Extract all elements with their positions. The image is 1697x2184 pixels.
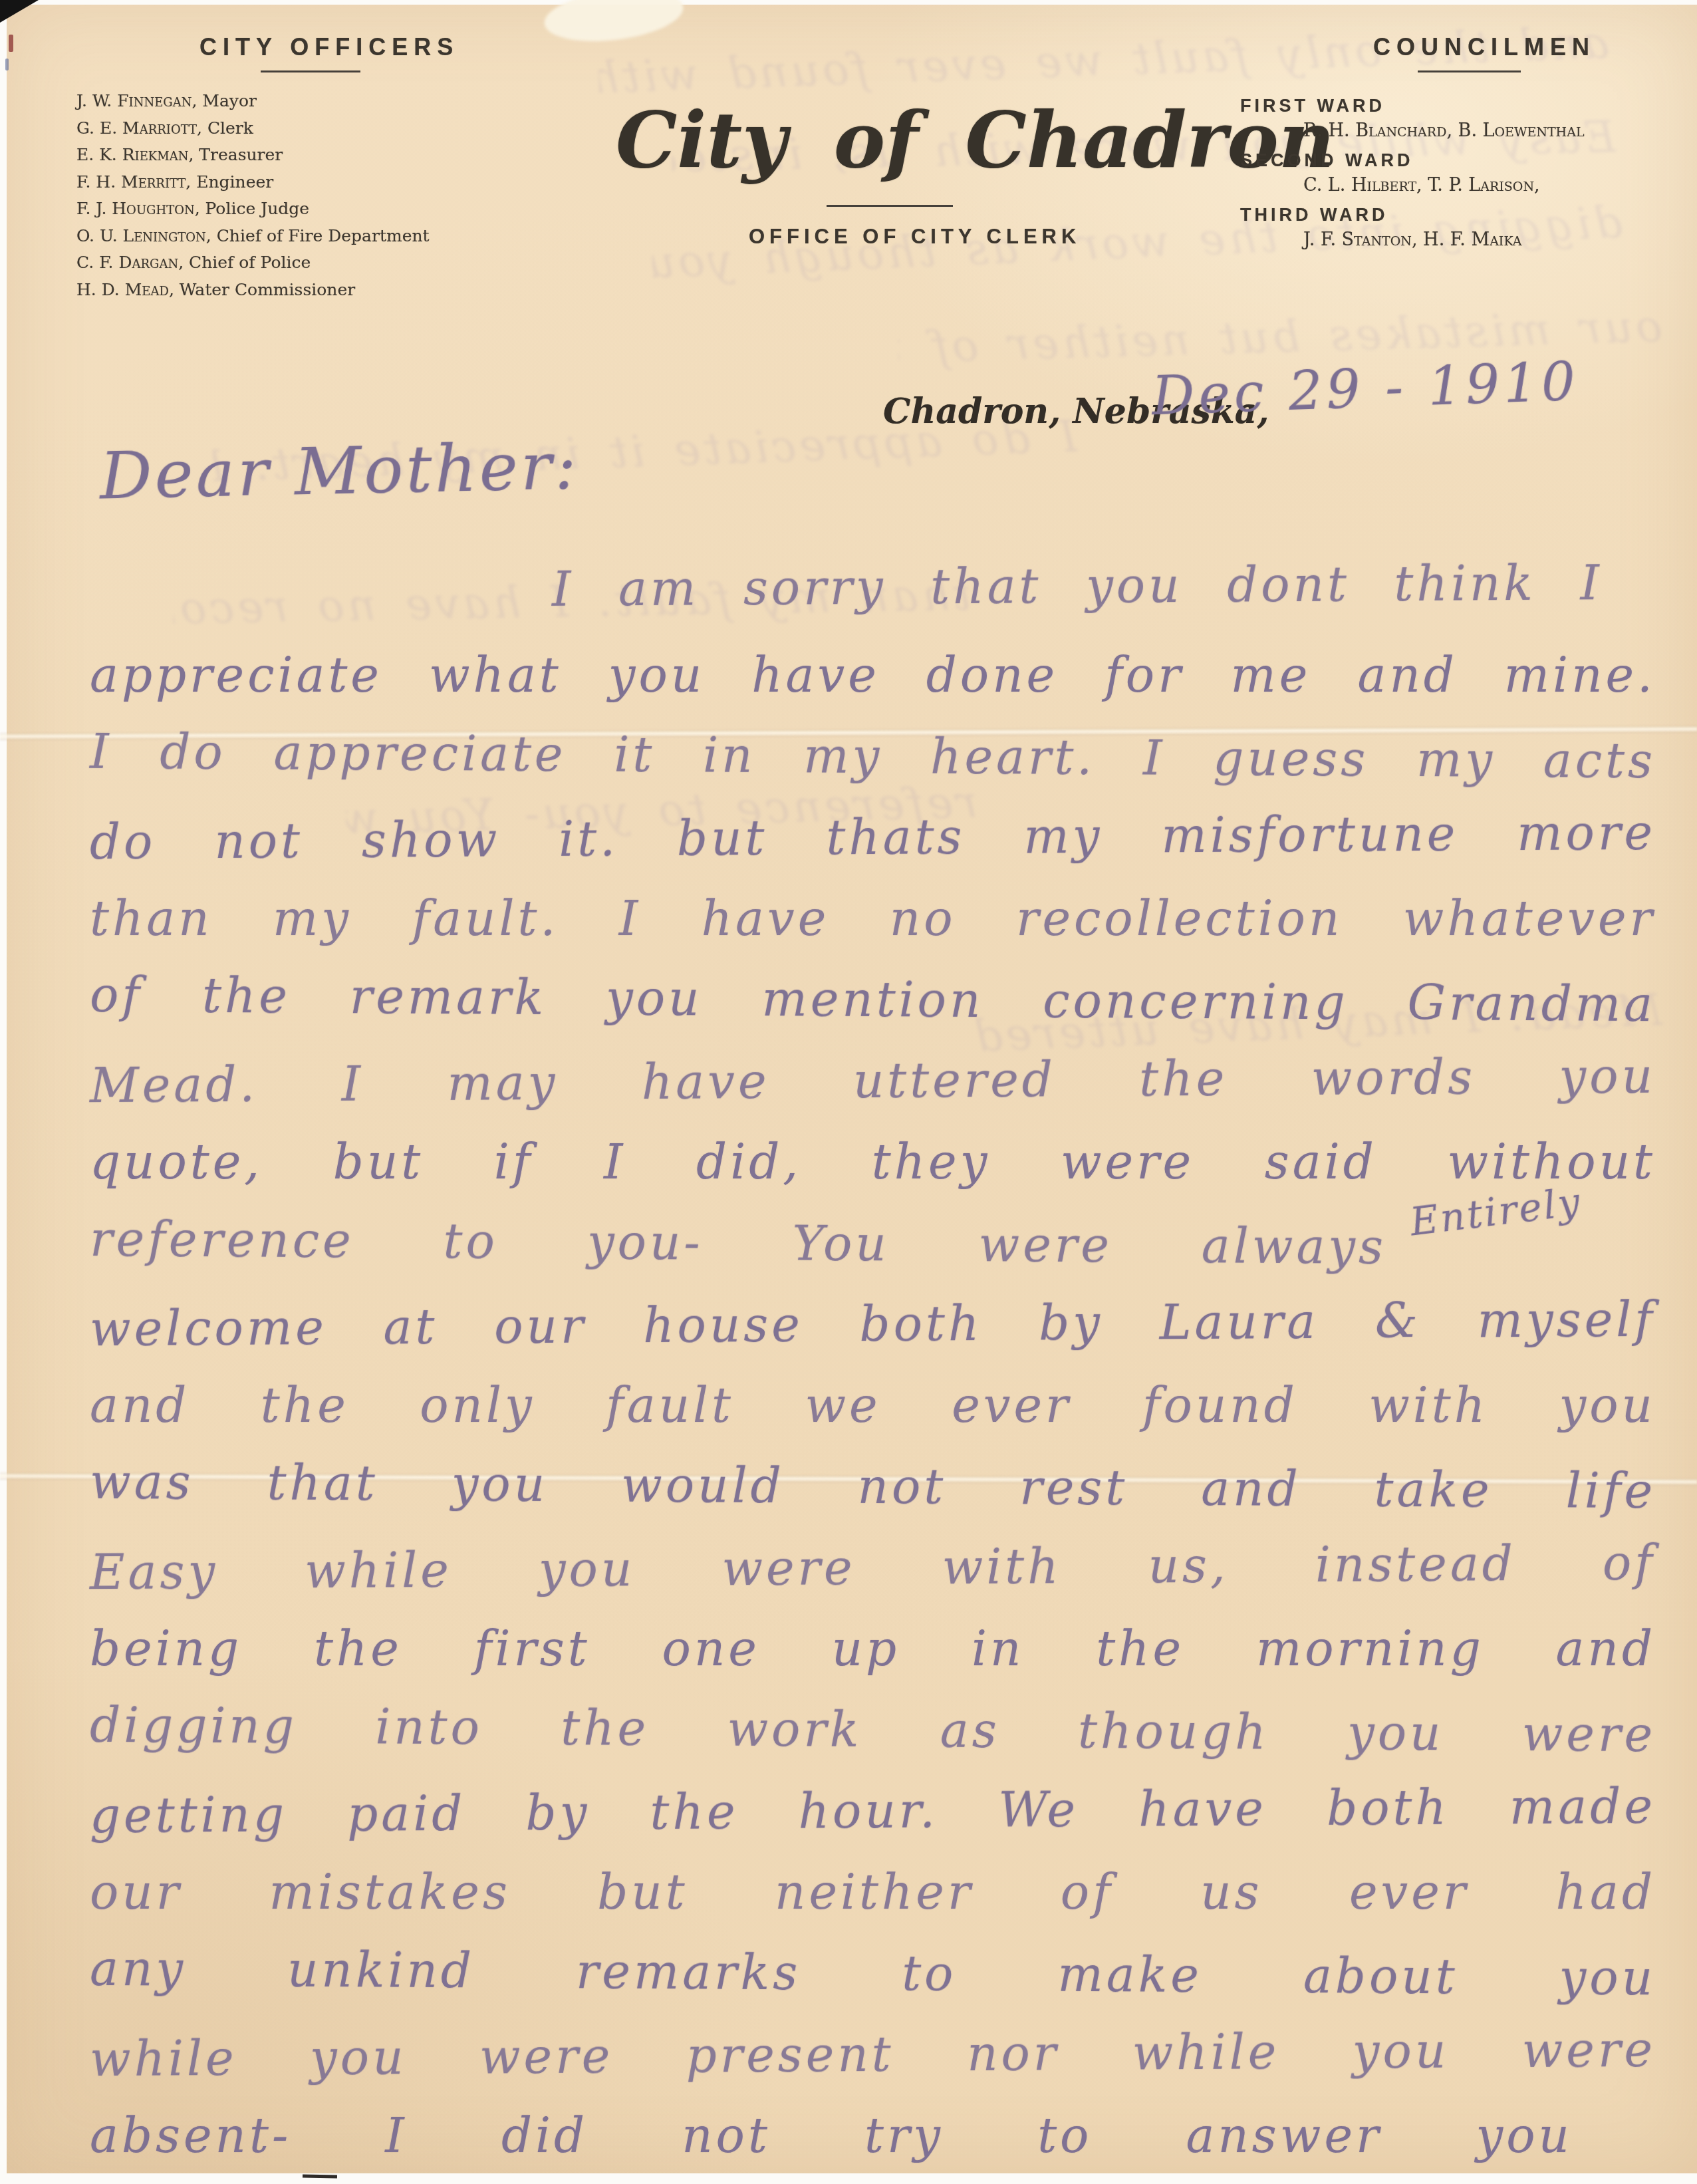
officer-role: , Treasurer bbox=[188, 145, 283, 164]
officer-entry: G. E. Marriott, Clerk bbox=[76, 115, 430, 142]
officer-name: C. F. Dargan bbox=[76, 253, 178, 272]
scanned-letter-page: { "letterhead": { "left": { "title": "CI… bbox=[0, 0, 1697, 2184]
officer-name: G. E. Marriott bbox=[76, 118, 197, 138]
handwritten-line: of the remark you mention concerning Gra… bbox=[90, 966, 1656, 1049]
edge-mark-red bbox=[9, 35, 13, 52]
officer-role: , Engineer bbox=[186, 172, 273, 192]
officer-name: F. H. Merritt bbox=[76, 172, 186, 192]
officer-name: J. W. Finnegan bbox=[76, 91, 192, 110]
handwritten-line: I do appreciate it in my heart. I guess … bbox=[90, 723, 1656, 805]
handwritten-line: being the first one up in the morning an… bbox=[90, 1620, 1656, 1693]
officer-role: , Water Commissioner bbox=[169, 280, 355, 299]
councilmen-rule bbox=[1418, 70, 1521, 72]
handwritten-line: getting paid by the hour. We have both m… bbox=[90, 1778, 1656, 1860]
handwritten-line: Mead. I may have uttered the words you bbox=[90, 1047, 1656, 1130]
scan-bottom-mark bbox=[303, 2175, 337, 2179]
officer-name: F. J. Houghton bbox=[76, 199, 195, 218]
handwritten-line: our mistakes but neither of us ever had bbox=[90, 1863, 1656, 1937]
title-rule bbox=[827, 205, 953, 207]
officer-name: H. D. Mead bbox=[76, 280, 169, 299]
letterhead-title: City of Chadron bbox=[616, 98, 1154, 184]
officer-role: , Mayor bbox=[192, 91, 257, 110]
officer-entry: F. J. Houghton, Police Judge bbox=[76, 196, 430, 223]
city-officers-rule bbox=[261, 70, 360, 72]
handwritten-line: I am sorry that you dont think I bbox=[552, 554, 1603, 634]
handwritten-line: do not show it. but thats my misfortune … bbox=[90, 804, 1656, 887]
officer-entry: O. U. Lenington, Chief of Fire Departmen… bbox=[76, 223, 430, 250]
councilmen-list: FIRST WARDR. H. Blanchard, B. Loewenthal… bbox=[1240, 86, 1679, 257]
officer-entry: E. K. Riekman, Treasurer bbox=[76, 142, 430, 169]
ward-councilmen-names: R. H. Blanchard, B. Loewenthal bbox=[1303, 120, 1679, 141]
councilmen-heading: COUNCILMEN bbox=[1373, 33, 1595, 61]
officer-entry: F. H. Merritt, Engineer bbox=[76, 169, 430, 196]
ward-councilmen-names: C. L. Hilbert, T. P. Larison, bbox=[1303, 175, 1679, 196]
city-officers-list: J. W. Finnegan, MayorG. E. Marriott, Cle… bbox=[76, 88, 430, 303]
officer-entry: J. W. Finnegan, Mayor bbox=[76, 88, 430, 115]
officer-role: , Chief of Police bbox=[178, 253, 311, 272]
ward-councilmen-names: J. F. Stanton, H. F. Maika bbox=[1303, 229, 1679, 250]
handwritten-line: and the only fault we ever found with yo… bbox=[90, 1377, 1656, 1450]
officer-entry: C. F. Dargan, Chief of Police bbox=[76, 249, 430, 277]
handwritten-line: reference to you- You were always bbox=[90, 1210, 1387, 1292]
handwritten-line: while you were present nor while you wer… bbox=[90, 2021, 1656, 2104]
salutation: Dear Mother: bbox=[99, 428, 580, 514]
handwritten-line: welcome at our house both by Laura & mys… bbox=[90, 1291, 1656, 1373]
city-officers-heading: CITY OFFICERS bbox=[199, 33, 459, 61]
handwritten-line: appreciate what you have done for me and… bbox=[90, 646, 1656, 720]
scan-edge-top bbox=[0, 0, 1697, 5]
officer-role: , Clerk bbox=[197, 118, 253, 138]
handwritten-line: absent- I did not try to answer you bbox=[90, 2107, 1573, 2180]
officer-role: , Police Judge bbox=[195, 199, 309, 218]
handwritten-line: Easy while you were with us, instead of bbox=[90, 1534, 1656, 1617]
officer-name: E. K. Riekman bbox=[76, 145, 188, 164]
handwritten-line: digging into the work as though you were bbox=[90, 1697, 1656, 1779]
handwritten-line: was that you would not rest and take lif… bbox=[90, 1453, 1656, 1536]
officer-entry: H. D. Mead, Water Commissioner bbox=[76, 277, 430, 304]
handwritten-line: quote, but if I did, they were said with… bbox=[90, 1133, 1656, 1206]
handwritten-line: than my fault. I have no recollection wh… bbox=[90, 890, 1656, 963]
ward-label: FIRST WARD bbox=[1240, 96, 1679, 116]
handwritten-line: any unkind remarks to make about you bbox=[90, 1940, 1656, 2022]
ward-label: SECOND WARD bbox=[1240, 150, 1679, 171]
ward-label: THIRD WARD bbox=[1240, 205, 1679, 225]
edge-mark-blue bbox=[5, 59, 9, 70]
officer-name: O. U. Lenington bbox=[76, 226, 206, 245]
office-of-city-clerk-label: OFFICE OF CITY CLERK bbox=[749, 225, 1081, 249]
officer-role: , Chief of Fire Department bbox=[206, 226, 430, 245]
